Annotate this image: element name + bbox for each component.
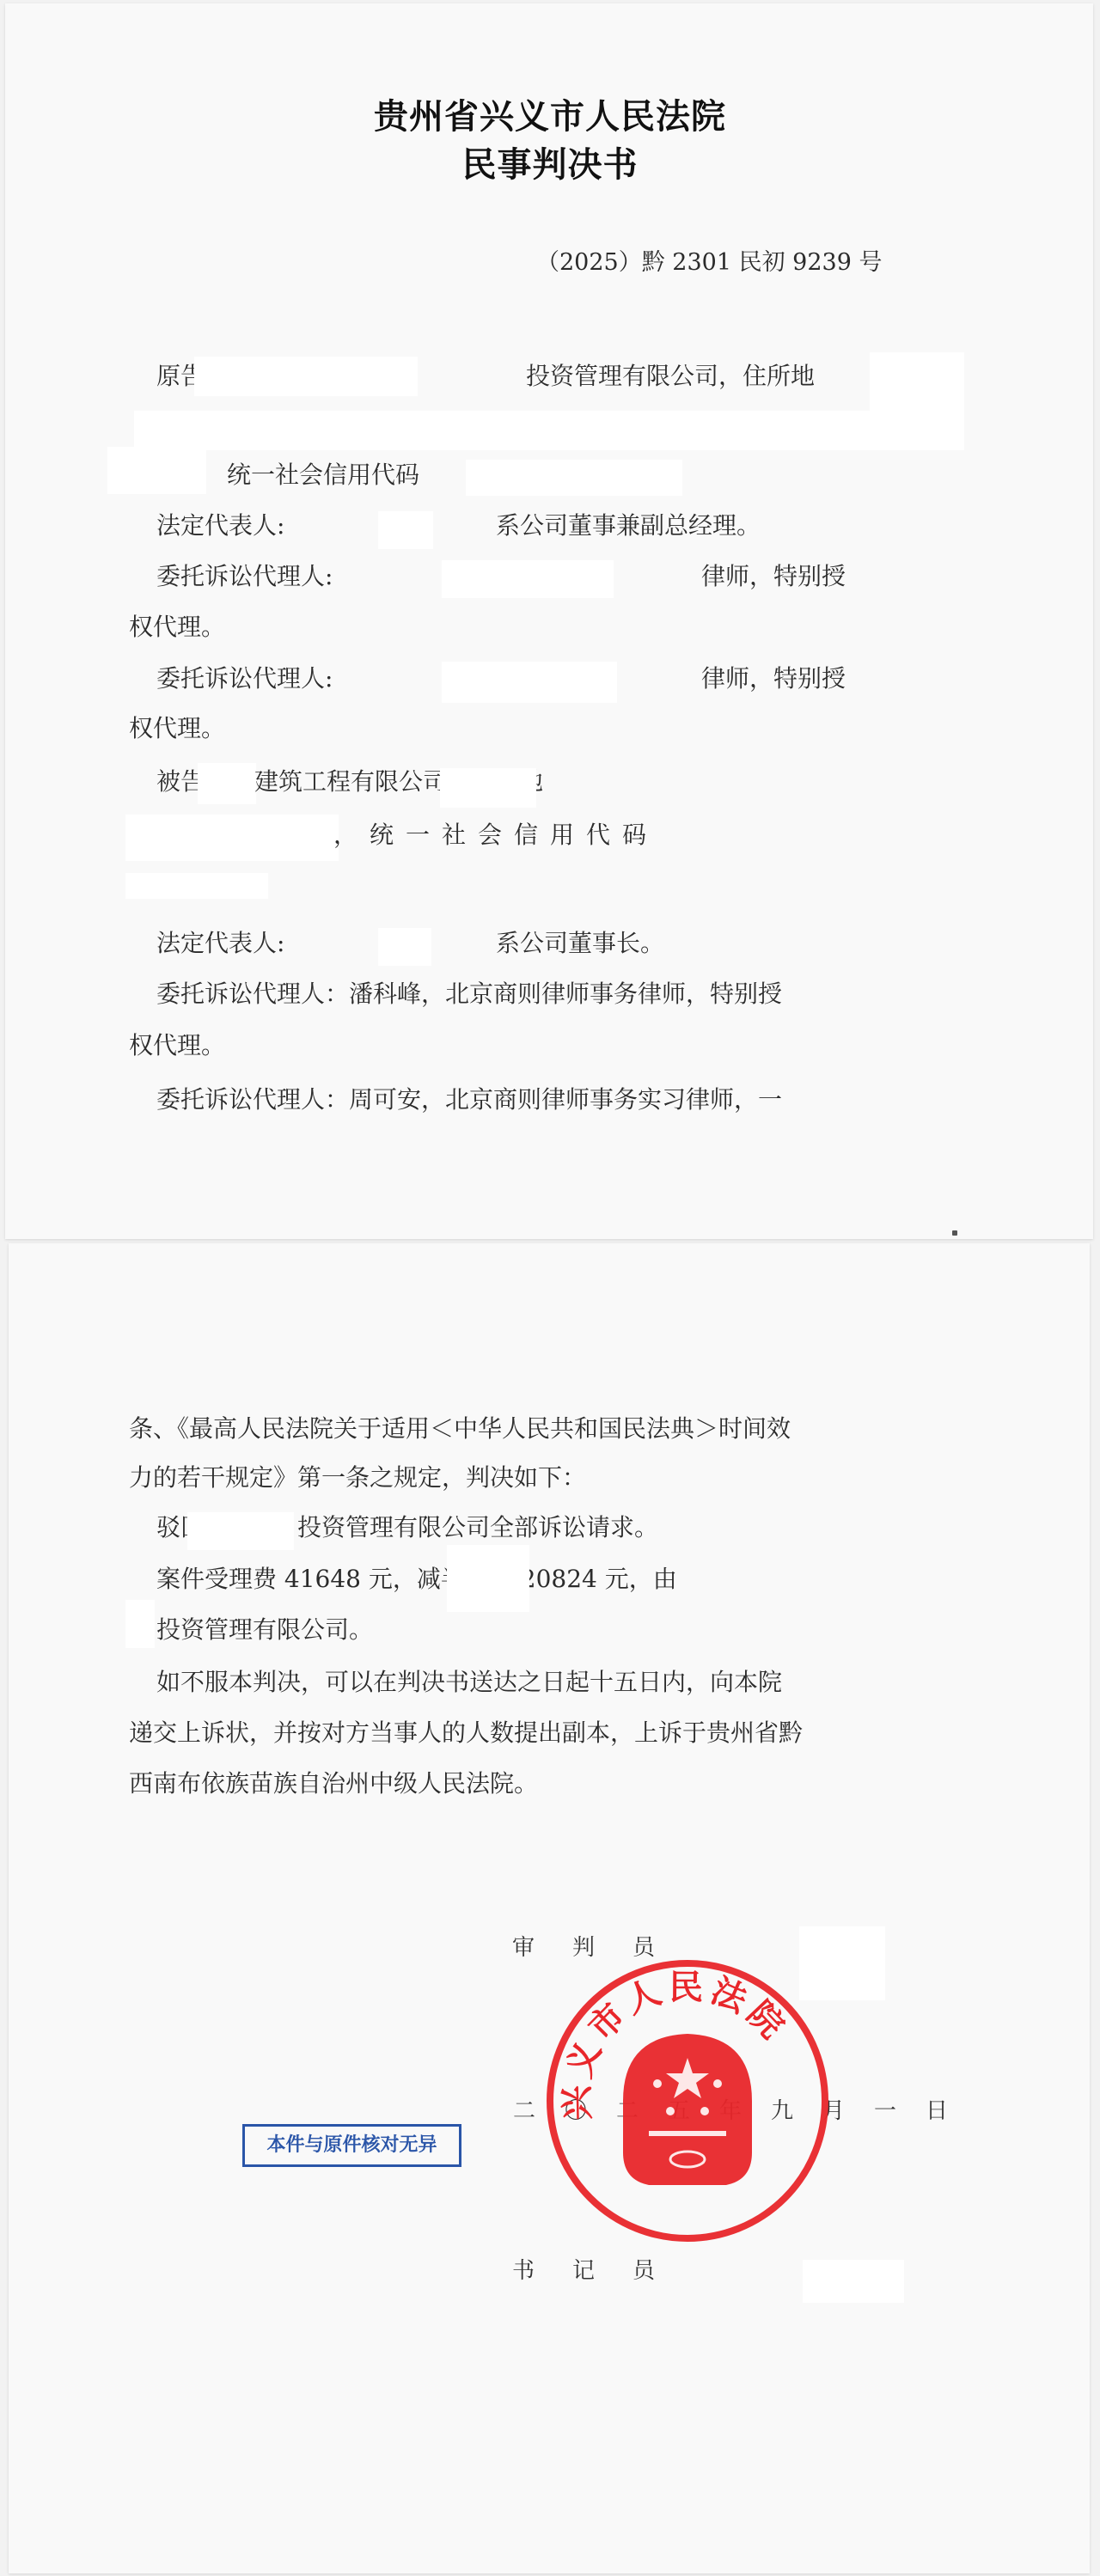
clerk-label: 书记员 — [512, 2253, 693, 2285]
defendant-agent-1: 委托诉讼代理人：潘科峰，北京商则律师事务律师，特别授 — [156, 977, 782, 1011]
plaintiff-agent-1-role-cont: 权代理。 — [129, 610, 225, 644]
redacted-defendant-address — [440, 768, 536, 808]
plaintiff-credit-code-label: 统一社会信用代码 — [227, 458, 419, 492]
certification-stamp: 本件与原件核对无异 — [242, 2124, 461, 2167]
page-corner-mark — [952, 1230, 957, 1236]
redacted-defendant-address-line — [125, 815, 339, 861]
plaintiff-agent-1-label: 委托诉讼代理人: — [156, 559, 333, 594]
appeal-notice-line-3: 西南布依族苗族自治州中级人民法院。 — [129, 1767, 538, 1801]
defendant-agent-1-cont: 权代理。 — [129, 1029, 225, 1063]
defendant-legal-rep-role: 系公司董事长。 — [496, 926, 664, 961]
appeal-notice-line-2: 递交上诉状，并按对方当事人的人数提出副本，上诉于贵州省黔 — [129, 1716, 803, 1750]
plaintiff-agent-2-role-cont: 权代理。 — [129, 711, 225, 746]
redacted-plaintiff-name — [194, 357, 418, 396]
redacted-address-tail — [107, 447, 206, 494]
defendant-agent-2: 委托诉讼代理人：周可安，北京商则律师事务实习律师，一 — [156, 1083, 782, 1117]
redacted-defendant-credit-code — [125, 873, 268, 899]
redacted-fee-payer-start — [125, 1600, 155, 1648]
legal-basis-line-2: 力的若干规定》第一条之规定，判决如下： — [129, 1461, 586, 1495]
redacted-plaintiff-credit-code — [466, 460, 682, 496]
plaintiff-agent-2-label: 委托诉讼代理人: — [156, 662, 333, 696]
ruling-reject-suffix: 投资管理有限公司全部诉讼请求。 — [297, 1511, 658, 1545]
plaintiff-legal-rep-role: 系公司董事兼副总经理。 — [496, 509, 761, 543]
plaintiff-legal-rep-label: 法定代表人: — [156, 509, 284, 543]
court-name-title: 贵州省兴义市人民法院 — [0, 89, 1100, 138]
redacted-fee-payer — [447, 1545, 529, 1612]
redacted-defendant-name — [198, 763, 256, 804]
fee-payer-company: 投资管理有限公司。 — [156, 1613, 373, 1647]
legal-basis-line-1: 条、《最高人民法院关于适用＜中华人民共和国民法典＞时间效 — [129, 1412, 791, 1446]
defendant-credit-code-label: ，统一社会信用代码 — [333, 818, 658, 852]
redacted-plaintiff-agent-2 — [442, 662, 617, 703]
redacted-clerk-name — [803, 2260, 904, 2303]
appeal-notice-line-1: 如不服本判决，可以在判决书送达之日起十五日内，向本院 — [156, 1665, 782, 1700]
redacted-ruling-plaintiff — [187, 1512, 294, 1550]
case-number: （2025）黔 2301 民初 9239 号 — [536, 246, 882, 280]
redacted-plaintiff-address — [134, 411, 964, 450]
redacted-plaintiff-agent-1 — [442, 560, 614, 598]
redacted-defendant-legal-rep — [378, 928, 431, 966]
court-seal-icon: 兴义市人民法院 — [541, 1955, 834, 2247]
plaintiff-company-suffix: 投资管理有限公司，住所地 — [526, 359, 815, 394]
plaintiff-agent-2-role: 律师，特别授 — [701, 662, 846, 696]
defendant-legal-rep-label: 法定代表人: — [156, 926, 284, 961]
case-fee-line: 案件受理费 41648 元，减半收取 20824 元，由 — [156, 1562, 677, 1596]
plaintiff-agent-1-role: 律师，特别授 — [701, 559, 846, 594]
redacted-plaintiff-legal-rep — [378, 511, 433, 549]
document-type-title: 民事判决书 — [0, 137, 1100, 186]
